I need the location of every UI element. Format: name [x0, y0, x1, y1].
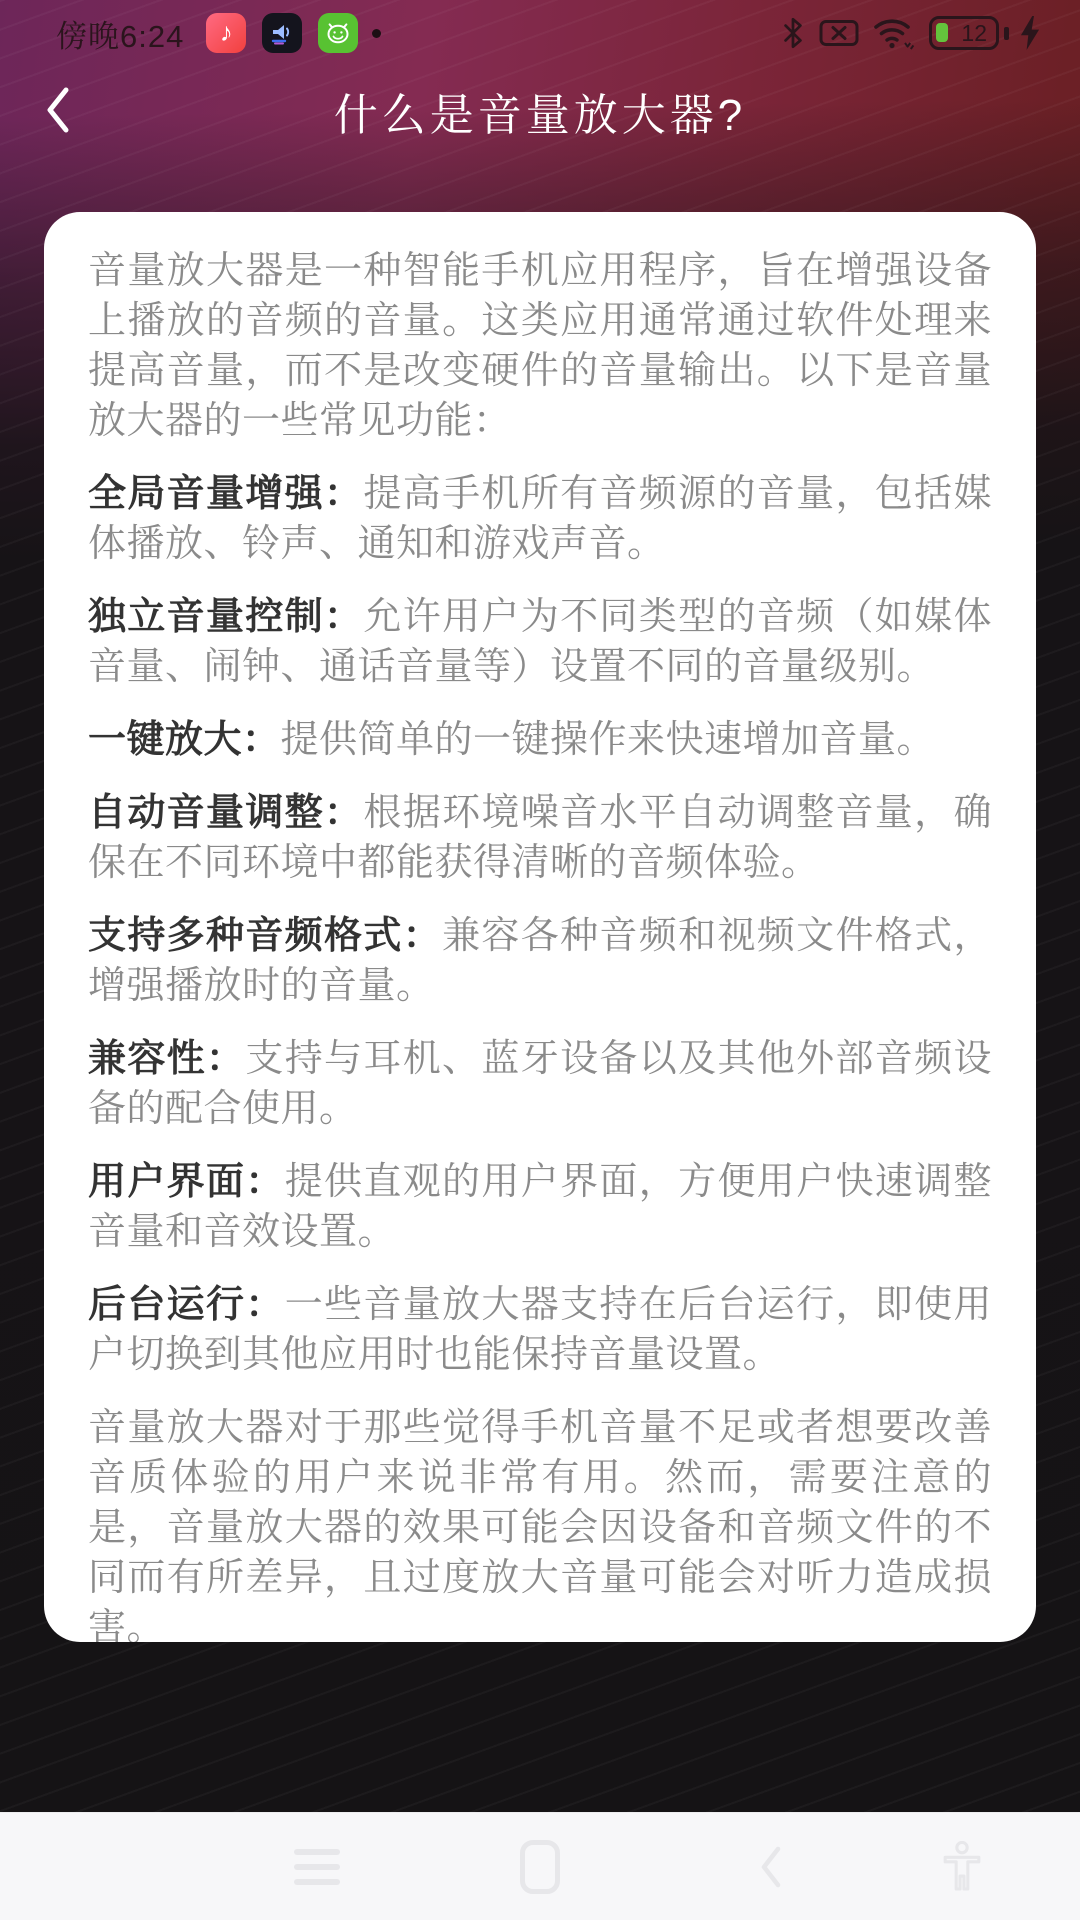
paragraph-text: 音量放大器是一种智能手机应用程序，旨在增强设备上播放的音频的音量。这类应用通常通…: [88, 250, 992, 442]
card-paragraph: 自动音量调整：根据环境噪音水平自动调整音量，确保在不同环境中都能获得清晰的音频体…: [88, 788, 992, 888]
card-paragraph: 兼容性：支持与耳机、蓝牙设备以及其他外部音频设备的配合使用。: [88, 1034, 992, 1134]
page-title: 什么是音量放大器?: [0, 66, 1080, 156]
card-paragraph: 支持多种音频格式：兼容各种音频和视频文件格式，增强播放时的音量。: [88, 911, 992, 1011]
paragraph-label: 一键放大：: [88, 719, 281, 761]
paragraph-label: 独立音量控制：: [88, 596, 363, 638]
phone-screen: 傍晚6:24 ♪: [0, 0, 1080, 1920]
menu-icon: [294, 1849, 340, 1885]
card-paragraph: 用户界面：提供直观的用户界面，方便用户快速调整音量和音效设置。: [88, 1157, 992, 1257]
card-paragraph: 全局音量增强：提高手机所有音频源的音量，包括媒体播放、铃声、通知和游戏声音。: [88, 469, 992, 569]
nav-home-button[interactable]: [520, 1840, 560, 1894]
paragraph-text: 音量放大器对于那些觉得手机音量不足或者想要改善音质体验的用户来说非常有用。然而，…: [88, 1407, 992, 1642]
wifi-icon: [872, 14, 916, 52]
more-notifications-dot: [372, 29, 381, 38]
battery-icon: 12: [929, 16, 999, 50]
content-card: 音量放大器是一种智能手机应用程序，旨在增强设备上播放的音频的音量。这类应用通常通…: [44, 212, 1036, 1642]
no-sim-icon: [819, 18, 859, 48]
battery-level-fill: [936, 23, 948, 42]
paragraph-text: 提供简单的一键操作来快速增加音量。: [281, 719, 936, 761]
paragraph-label: 支持多种音频格式：: [88, 915, 442, 957]
nav-accessibility-button[interactable]: [940, 1841, 984, 1893]
assistant-app-icon: [318, 13, 358, 53]
accessibility-person-icon: [940, 1841, 984, 1893]
battery-terminal: [1004, 27, 1009, 40]
home-icon: [520, 1840, 560, 1894]
card-paragraph: 音量放大器是一种智能手机应用程序，旨在增强设备上播放的音频的音量。这类应用通常通…: [88, 246, 992, 446]
paragraph-label: 用户界面：: [88, 1161, 285, 1203]
notification-icons: ♪: [206, 13, 358, 53]
clock: 傍晚6:24: [56, 11, 184, 56]
charging-bolt-icon: [1018, 16, 1042, 50]
music-app-icon: ♪: [206, 13, 246, 53]
nav-menu-button[interactable]: [294, 1849, 340, 1885]
battery-percent: 12: [961, 20, 987, 47]
navigation-bar: [0, 1812, 1080, 1920]
paragraph-label: 全局音量增强：: [88, 473, 363, 515]
card-paragraph: 一键放大：提供简单的一键操作来快速增加音量。: [88, 715, 992, 765]
card-paragraph: 独立音量控制：允许用户为不同类型的音频（如媒体音量、闹钟、通话音量等）设置不同的…: [88, 592, 992, 692]
back-icon: [755, 1842, 785, 1892]
paragraph-label: 后台运行：: [88, 1284, 285, 1326]
paragraph-label: 自动音量调整：: [88, 792, 363, 834]
music-note-glyph: ♪: [220, 19, 233, 45]
app-header: 什么是音量放大器?: [0, 66, 1080, 156]
paragraph-label: 兼容性：: [88, 1038, 245, 1080]
volume-booster-app-icon: [262, 13, 302, 53]
card-paragraph: 后台运行：一些音量放大器支持在后台运行，即使用户切换到其他应用时也能保持音量设置…: [88, 1280, 992, 1380]
status-bar: 傍晚6:24 ♪: [0, 0, 1080, 66]
status-indicators: 12: [780, 14, 1042, 52]
card-paragraph: 音量放大器对于那些觉得手机音量不足或者想要改善音质体验的用户来说非常有用。然而，…: [88, 1403, 992, 1642]
nav-back-button[interactable]: [755, 1842, 785, 1892]
bluetooth-icon: [780, 15, 806, 51]
